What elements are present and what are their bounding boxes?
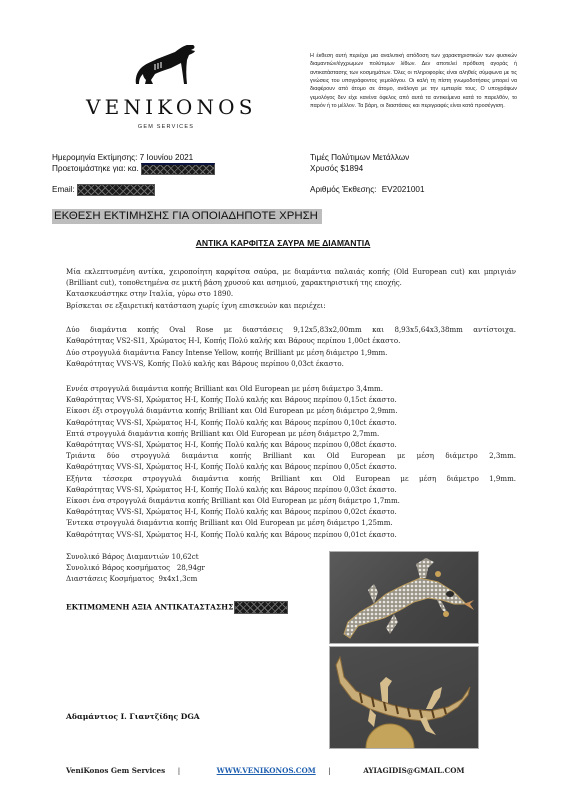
- redacted-value: [234, 601, 288, 614]
- footer-separator: |: [328, 766, 330, 775]
- totals: Συνολικό Βάρος Διαμαντιών 10,62ct Συνολι…: [66, 551, 205, 584]
- stone-description: Τριάντα δύο στρογγυλά διαμάντια κοπής Br…: [66, 450, 516, 461]
- stone-description: Εξήντα τέσσερα στρογγυλά διαμάντια κοπής…: [66, 473, 516, 484]
- footer-email: AYIAGIDIS@GMAIL.COM: [363, 766, 464, 775]
- appraisal-date: Ημερομηνία Εκτίμησης: 7 Ιουνίου 2021: [52, 152, 193, 163]
- stone-grading: Καθαρότητας VVS-VS, Κοπής Πολύ καλής και…: [66, 358, 516, 369]
- total-diamond-weight: Συνολικό Βάρος Διαμαντιών 10,62ct: [66, 551, 205, 562]
- description-paragraph: Μία εκλεπτυσμένη αντίκα, χειροποίητη καρ…: [66, 266, 516, 288]
- report-number: Αριθμός Έκθεσης: EV2021001: [310, 184, 425, 195]
- stone-grading: Καθαρότητας VVS-SI, Χρώματος H-I, Κοπής …: [66, 484, 516, 495]
- stone-grading: Καθαρότητας VS2-SI1, Χρώματος H-I, Κοπής…: [66, 335, 516, 346]
- replacement-value: ΕΚΤΙΜΩΜΕΝΗ ΑΞΙΑ ΑΝΤΙΚΑΤΑΣΤΑΣΗΣ: [66, 601, 288, 614]
- brand-name: VENIKONOS: [86, 95, 246, 119]
- client-email: Email:: [52, 184, 155, 196]
- metal-prices-label: Τιμές Πολύτιμων Μετάλλων: [310, 152, 409, 163]
- redacted-client-name: [141, 163, 215, 175]
- description-origin: Κατασκευάστηκε στην Ιταλία, γύρω στο 189…: [66, 288, 516, 299]
- stone-description: Δύο στρογγυλά διαμάντια Fancy Intense Ye…: [66, 347, 516, 358]
- appraiser-signature: Αδαμάντιος Ι. Γιαντζίδης DGA: [66, 712, 200, 721]
- redacted-email: [77, 184, 155, 196]
- brand-tagline: GEM SERVICES: [86, 124, 246, 130]
- stone-description: Είκοσι ένα στρογγυλά διαμάντια κοπής Bri…: [66, 495, 516, 506]
- footer-website-link[interactable]: WWW.VENIKONOS.COM: [217, 766, 316, 775]
- lizard-brooch-front-photo: [329, 551, 479, 644]
- appraisal-date-value: 7 Ιουνίου 2021: [140, 153, 194, 162]
- item-title: ΑΝΤΙΚΑ ΚΑΡΦΙΤΣΑ ΣΑΥΡΑ ΜΕ ΔΙΑΜΆΝΤΙΑ: [0, 238, 566, 248]
- jewel-dimensions: Διαστάσεις Κοσμήματος 9x4x1,3cm: [66, 573, 205, 584]
- company-logo: VENIKONOS GEM SERVICES: [86, 38, 246, 138]
- stone-grading: Καθαρότητας VVS-SI, Χρώματος H-I, Κοπής …: [66, 529, 516, 540]
- stone-description: Επτά στρογγυλά διαμάντια κοπής Brilliant…: [66, 428, 516, 439]
- report-number-value: EV2021001: [382, 185, 425, 194]
- item-description: Μία εκλεπτυσμένη αντίκα, χειροποίητη καρ…: [66, 266, 516, 311]
- lizard-brooch-front-image: [330, 552, 478, 643]
- stone-group-yellow: Δύο στρογγυλά διαμάντια Fancy Intense Ye…: [66, 347, 516, 369]
- email-label: Email:: [52, 185, 75, 194]
- stone-group-oval-rose: Δύο διαμάντια κοπής Oval Rose με διαστάσ…: [66, 324, 516, 346]
- replacement-value-label: ΕΚΤΙΜΩΜΕΝΗ ΑΞΙΑ ΑΝΤΙΚΑΤΑΣΤΑΣΗΣ: [66, 603, 233, 612]
- lizard-brooch-back-photo: [329, 646, 479, 749]
- gold-price: Χρυσός $1894: [310, 163, 363, 174]
- stone-grading: Καθαρότητας VVS-SI, Χρώματος H-I, Κοπής …: [66, 439, 516, 450]
- footer-separator: |: [178, 766, 180, 775]
- stone-description: Είκοσι έξι στρογγυλά διαμάντια κοπής Bri…: [66, 405, 516, 416]
- lizard-brooch-back-image: [330, 647, 478, 748]
- footer-company: VeniKonos Gem Services: [66, 766, 165, 775]
- report-number-label: Αριθμός Έκθεσης:: [310, 185, 376, 194]
- page-footer: VeniKonos Gem Services | WWW.VENIKONOS.C…: [66, 766, 506, 775]
- appraisal-date-label: Ημερομηνία Εκτίμησης:: [52, 153, 137, 162]
- disclaimer-text: Η έκθεση αυτή περιέχει μια αναλυτική από…: [310, 52, 517, 110]
- stone-grading: Καθαρότητας VVS-SI, Χρώματος H-I, Κοπής …: [66, 461, 516, 472]
- description-condition: Βρίσκεται σε εξαιρετική κατάσταση χωρίς …: [66, 300, 516, 311]
- total-jewel-weight: Συνολικό Βάρος κοσμήματος 28,94gr: [66, 562, 205, 573]
- stone-grading: Καθαρότητας VVS-SI, Χρώματος H-I, Κοπής …: [66, 506, 516, 517]
- stone-grading: Καθαρότητας VVS-SI, Χρώματος H-I, Κοπής …: [66, 417, 516, 428]
- stone-groups-round: Εννέα στρογγυλά διαμάντια κοπής Brillian…: [66, 383, 516, 540]
- panther-silhouette-icon: [131, 42, 201, 86]
- stone-description: Εννέα στρογγυλά διαμάντια κοπής Brillian…: [66, 383, 516, 394]
- report-title: ΕΚΘΕΣΗ ΕΚΤΙΜΗΣΗΣ ΓΙΑ ΟΠΟΙΑΔΗΠΟΤΕ ΧΡΗΣΗ: [52, 209, 322, 224]
- prepared-for: Προετοιμάστηκε για: κα.: [52, 163, 215, 175]
- prepared-for-label: Προετοιμάστηκε για: κα.: [52, 164, 139, 173]
- stone-grading: Καθαρότητας VVS-SI, Χρώματος H-I, Κοπής …: [66, 394, 516, 405]
- stone-description: Δύο διαμάντια κοπής Oval Rose με διαστάσ…: [66, 324, 516, 335]
- stone-description: Έντεκα στρογγυλά διαμάντια κοπής Brillia…: [66, 517, 516, 528]
